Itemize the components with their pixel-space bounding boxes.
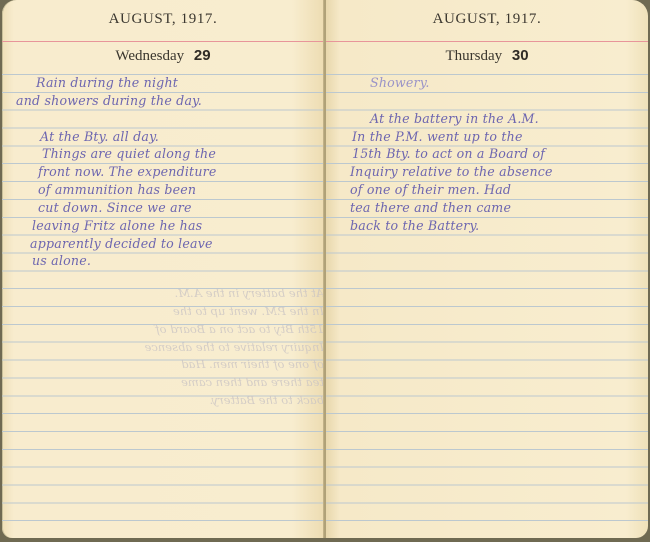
header-red-rule — [2, 41, 324, 42]
bleed-line: of one of their men. Had — [32, 356, 324, 374]
entry-line: cut down. Since we are — [2, 199, 324, 217]
day-heading: Thursday 30 — [326, 47, 648, 65]
weekday-label: Thursday — [445, 48, 502, 64]
entry-line: of ammunition has been — [2, 181, 324, 199]
entry-line: tea there and then came — [326, 199, 648, 217]
bleed-line: Inquiry relative to the absence — [32, 339, 324, 357]
bleed-line: In the P.M. went up to the — [32, 303, 324, 321]
entry-line: Things are quiet along the — [2, 145, 324, 163]
entry-line: leaving Fritz alone he has — [2, 217, 324, 235]
day-number: 29 — [194, 47, 211, 64]
right-page: AUGUST, 1917. Thursday 30 Showery. At th… — [326, 0, 648, 538]
entry-line-blank — [326, 92, 648, 110]
month-header: AUGUST, 1917. — [2, 11, 324, 28]
entry-line: apparently decided to leave — [2, 235, 324, 253]
entry-line: back to the Battery. — [326, 217, 648, 235]
day-number: 30 — [512, 47, 529, 64]
entry-line: us alone. — [2, 252, 324, 270]
bleed-line: 15th Bty to act on a Board of — [32, 321, 324, 339]
header-red-rule — [326, 41, 648, 42]
entry-line: Inquiry relative to the absence — [326, 163, 648, 181]
entry-line: of one of their men. Had — [326, 181, 648, 199]
entry-line: At the Bty. all day. — [2, 128, 324, 146]
diary-spread: AUGUST, 1917. Wednesday 29 At the batter… — [0, 0, 650, 542]
bleed-line: At the battery in the A.M. — [32, 285, 324, 303]
bleed-line: tea there and then came — [32, 374, 324, 392]
entry-line: At the battery in the A.M. — [326, 110, 648, 128]
entry-line: and showers during the day. — [2, 92, 324, 110]
day-heading: Wednesday 29 — [2, 47, 324, 65]
entry-line-blank — [2, 110, 324, 128]
handwritten-entry: Rain during the night and showers during… — [2, 74, 324, 270]
weekday-label: Wednesday — [115, 48, 184, 64]
entry-line: 15th Bty. to act on a Board of — [326, 145, 648, 163]
entry-line: In the P.M. went up to the — [326, 128, 648, 146]
entry-line: Showery. — [326, 74, 648, 92]
bleed-through-text: At the battery in the A.M. In the P.M. w… — [32, 285, 324, 410]
bleed-line: back to the Battery. — [32, 392, 324, 410]
left-page: AUGUST, 1917. Wednesday 29 At the batter… — [2, 0, 324, 538]
month-header: AUGUST, 1917. — [326, 11, 648, 28]
entry-line: front now. The expenditure — [2, 163, 324, 181]
entry-line: Rain during the night — [2, 74, 324, 92]
handwritten-entry: Showery. At the battery in the A.M. In t… — [326, 74, 648, 235]
